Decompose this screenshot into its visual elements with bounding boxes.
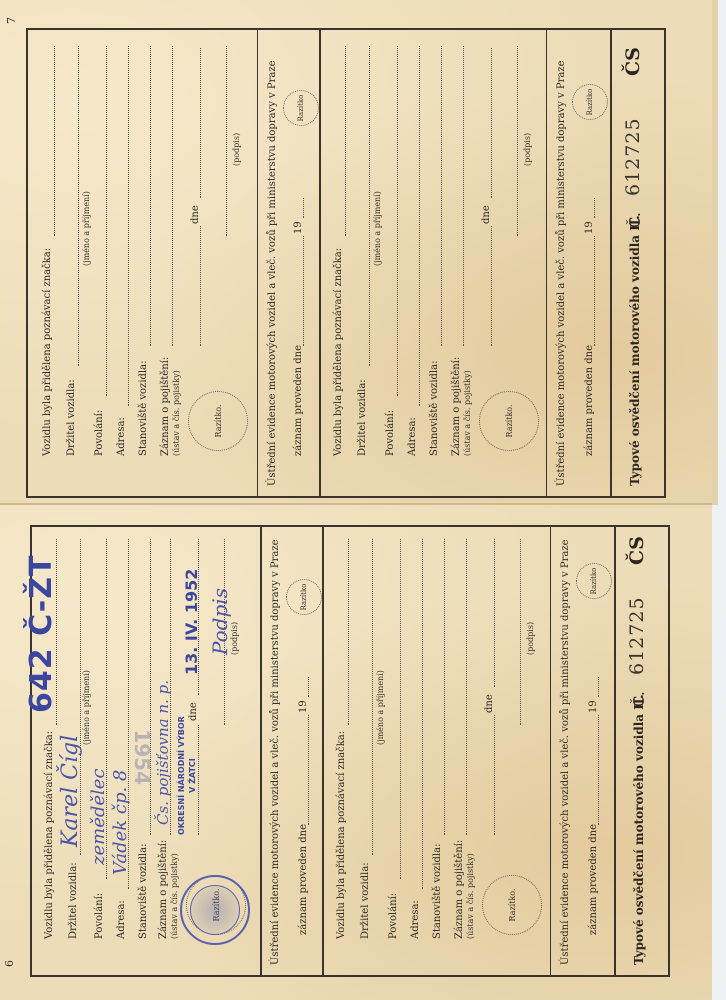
field-plate[interactable] — [54, 46, 55, 236]
year-prefix-1: 19 — [293, 221, 304, 234]
registry-strip-1: Ústřední evidence motorových vozidel a v… — [259, 30, 321, 496]
field-record-year-2[interactable] — [594, 198, 595, 218]
label-occupation-b2: Povolání: — [388, 893, 399, 939]
record-made-2: záznam proveden dne — [584, 345, 595, 456]
field-signature-2[interactable] — [517, 46, 518, 236]
stamp-placeholder-2: Razítko. — [479, 391, 539, 451]
field-insurance-b2[interactable] — [466, 539, 467, 835]
field-plate-2[interactable] — [345, 46, 346, 236]
date-stamp: 13. IV. 1952 — [182, 569, 201, 675]
stamp-small-b1: Razítko — [286, 579, 322, 615]
footer-top: Typové osvědčení motorového vozidla II. … — [612, 30, 664, 496]
ghost-stamp-year: 1954 — [130, 729, 154, 785]
label-holder-filled: Držitel vozidla: — [68, 862, 79, 939]
year-prefix-b2: 19 — [588, 700, 599, 713]
stamp-label-2: Razítko. — [505, 404, 514, 437]
occupation-handwritten: zemědělec — [88, 768, 109, 865]
field-record-date-2[interactable] — [594, 236, 595, 346]
label-dated-2: dne — [481, 205, 492, 224]
hint-holder-b2: (jméno a příjmení) — [376, 670, 385, 745]
field-holder-b2[interactable] — [372, 539, 373, 855]
serial-number-bottom: 612725 — [626, 596, 648, 675]
field-plate-b2[interactable] — [348, 539, 349, 725]
label-dated: dne — [190, 205, 201, 224]
holder-name-handwritten: Karel Čígl — [58, 735, 83, 847]
field-insurance-2b[interactable] — [463, 46, 464, 346]
year-prefix-b1: 19 — [298, 700, 309, 713]
field-holder[interactable] — [78, 46, 79, 366]
field-holder-2[interactable] — [369, 46, 370, 366]
field-location[interactable] — [150, 46, 151, 346]
field-record-year-1[interactable] — [303, 198, 304, 218]
label-plate: Vozidlu byla přidělena poznávací značka: — [42, 248, 53, 456]
label-address-b2: Adresa: — [410, 900, 421, 939]
label-occupation: Povolání: — [94, 410, 105, 456]
page-6: 6 Vozidlu byla přidělena poznávací značk… — [0, 505, 712, 1000]
round-official-stamp — [180, 875, 250, 945]
hint-holder-filled: (jméno a příjmení) — [82, 670, 91, 745]
record-made-b1: záznam proveden dne — [298, 824, 309, 935]
label-plate-filled: Vozidlu byla přidělena poznávací značka: — [44, 731, 55, 939]
hint-insurance-filled: (ústav a čís. pojistky) — [170, 853, 179, 939]
address-handwritten: Vádek čp. 8 — [110, 770, 131, 875]
label-location-b2: Stanoviště vozidla: — [432, 844, 443, 939]
field-record-year-b2[interactable] — [598, 677, 599, 697]
stamp-small-label-b2: Razítko — [590, 568, 598, 595]
field-occupation-2[interactable] — [397, 46, 398, 396]
hint-signature-2: (podpis) — [523, 133, 532, 166]
label-plate-b2: Vozidlu byla přidělena poznávací značka: — [336, 731, 347, 939]
office-stamp-line2: V ŽATCI — [187, 716, 198, 835]
field-record-year-b1[interactable] — [308, 677, 309, 697]
hint-insurance: (ústav a čís. pojistky) — [172, 370, 181, 456]
registry-strip-b1: Ústřední evidence motorových vozidel a v… — [262, 527, 324, 975]
field-insurance-b2b[interactable] — [494, 715, 495, 835]
label-insurance-filled: Záznam o pojištění: — [158, 840, 169, 939]
insurance-handwritten: Čs. pojišťovna n. p. — [154, 680, 172, 825]
footer-title-top: Typové osvědčení motorového vozidla II. — [628, 215, 642, 486]
country-code-bottom: ČS — [626, 536, 648, 565]
label-address-2: Adresa: — [407, 417, 418, 456]
office-stamp: OKRESNÍ NÁRODNÍ VÝBOR V ŽATCI — [176, 716, 198, 835]
page-number-bottom: 6 — [3, 960, 16, 967]
field-location-b2[interactable] — [444, 539, 445, 835]
country-code-top: ČS — [622, 47, 644, 76]
plate-number-stamp: 642 Č-ŽT — [24, 555, 59, 713]
record-panel-1: Vozidlu byla přidělena poznávací značka:… — [28, 30, 258, 496]
hint-insurance-2: (ústav a čís. pojistky) — [463, 370, 472, 456]
year-prefix-2: 19 — [584, 221, 595, 234]
field-record-date-b2[interactable] — [598, 715, 599, 825]
record-panel-filled: Vozidlu byla přidělena poznávací značka:… — [32, 527, 262, 975]
number-prefix-bottom: Č. — [630, 691, 648, 707]
field-signature[interactable] — [226, 46, 227, 236]
label-holder-2: Držitel vozidla: — [357, 379, 368, 456]
field-insurance[interactable] — [172, 46, 173, 346]
office-stamp-line1: OKRESNÍ NÁRODNÍ VÝBOR — [176, 716, 187, 835]
footer-title-bottom: Typové osvědčení motorového vozidla II. — [632, 694, 646, 965]
registry-text-1: Ústřední evidence motorových vozidel a v… — [267, 60, 278, 486]
field-record-date-b1[interactable] — [308, 715, 309, 825]
form-sheet-top: Vozidlu byla přidělena poznávací značka:… — [26, 28, 666, 498]
page-7: 7 Vozidlu byla přidělena poznávací značk… — [0, 0, 718, 505]
registry-strip-b2: Ústřední evidence motorových vozidel a v… — [552, 527, 616, 975]
field-insurance-filled-2[interactable] — [198, 725, 199, 835]
label-occupation-2: Povolání: — [385, 410, 396, 456]
field-address-2[interactable] — [419, 46, 420, 406]
stamp-small-b2: Razítko — [576, 563, 612, 599]
field-date[interactable] — [200, 48, 201, 198]
stamp-placeholder-b2: Razítko. — [482, 875, 542, 935]
label-address: Adresa: — [116, 417, 127, 456]
field-address[interactable] — [128, 46, 129, 406]
label-holder-b2: Držitel vozidla: — [360, 862, 371, 939]
field-location-2[interactable] — [441, 46, 442, 346]
page-number-top: 7 — [5, 17, 18, 24]
stamp-small-label-2: Razítko — [586, 89, 594, 116]
field-address-b2[interactable] — [422, 539, 423, 889]
field-insurance-2[interactable] — [200, 226, 201, 346]
hint-holder: (jméno a příjmení) — [82, 191, 91, 266]
stamp-label-b2: Razítko. — [508, 888, 517, 921]
hint-holder-2: (jméno a příjmení) — [373, 191, 382, 266]
registry-text-2: Ústřední evidence motorových vozidel a v… — [556, 60, 567, 486]
field-record-date-1[interactable] — [303, 236, 304, 346]
label-location-2: Stanoviště vozidla: — [429, 361, 440, 456]
hint-signature: (podpis) — [232, 133, 241, 166]
label-dated-b2: dne — [484, 694, 495, 713]
field-signature-b2[interactable] — [520, 539, 521, 725]
hint-signature-b2: (podpis) — [526, 622, 535, 655]
registry-text-b1: Ústřední evidence motorových vozidel a v… — [270, 539, 281, 965]
serial-number-top: 612725 — [622, 117, 644, 196]
stamp-placeholder: Razítko. — [188, 391, 248, 451]
registry-strip-2: Ústřední evidence motorových vozidel a v… — [548, 30, 612, 496]
label-plate-2: Vozidlu byla přidělena poznávací značka: — [333, 248, 344, 456]
label-holder: Držitel vozidla: — [66, 379, 77, 456]
registry-text-b2: Ústřední evidence motorových vozidel a v… — [560, 539, 571, 965]
field-insurance-2c[interactable] — [491, 226, 492, 346]
stamp-small-2: Razítko — [572, 84, 608, 120]
label-location: Stanoviště vozidla: — [138, 361, 149, 456]
record-panel-2: Vozidlu byla přidělena poznávací značka:… — [321, 30, 547, 496]
hint-insurance-b2: (ústav a čís. pojistky) — [466, 853, 475, 939]
label-insurance-2: Záznam o pojištění: — [451, 357, 462, 456]
stamp-label: Razítko. — [214, 404, 223, 437]
stamp-small-1: Razítko — [283, 90, 319, 126]
signature-handwritten: Podpis — [208, 588, 232, 655]
field-date-2[interactable] — [491, 48, 492, 198]
label-insurance-b2: Záznam o pojištění: — [454, 840, 465, 939]
stamp-small-label-1: Razítko — [297, 95, 305, 122]
record-made-b2: záznam proveden dne — [588, 824, 599, 935]
label-occupation-filled: Povolání: — [94, 893, 105, 939]
form-sheet-bottom: Vozidlu byla přidělena poznávací značka:… — [30, 525, 670, 977]
footer-bottom: Typové osvědčení motorového vozidla II. … — [616, 527, 668, 975]
label-location-filled: Stanoviště vozidla: — [138, 844, 149, 939]
field-occupation[interactable] — [106, 46, 107, 396]
label-insurance: Záznam o pojištění: — [160, 357, 171, 456]
stamp-small-label-b1: Razítko — [300, 584, 308, 611]
number-prefix-top: Č. — [626, 212, 644, 228]
field-occupation-b2[interactable] — [400, 539, 401, 879]
record-made-1: záznam proveden dne — [293, 345, 304, 456]
record-panel-b2: Vozidlu byla přidělena poznávací značka:… — [324, 527, 551, 975]
field-location-filled[interactable] — [150, 539, 151, 835]
label-address-filled: Adresa: — [116, 900, 127, 939]
field-date-b2[interactable] — [494, 539, 495, 687]
